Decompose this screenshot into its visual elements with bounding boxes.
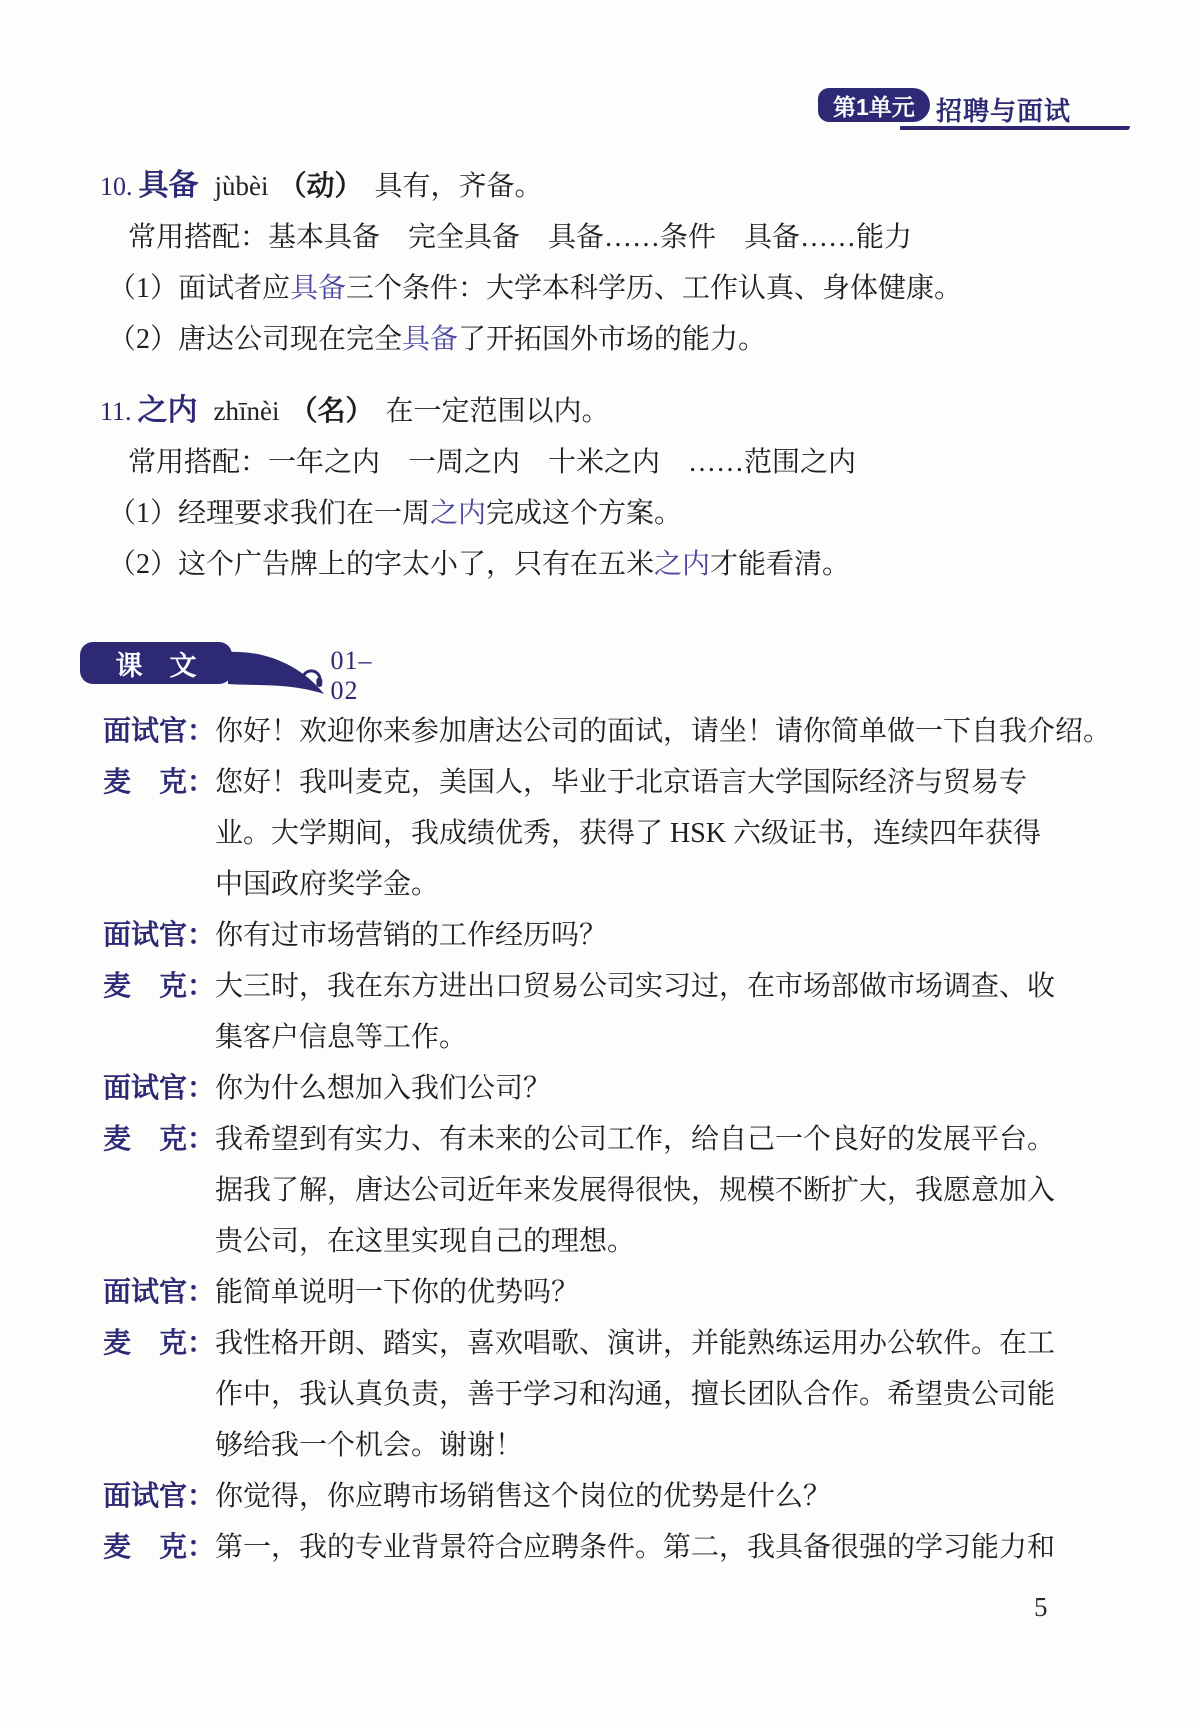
collocation-list: 基本具备 完全具备 具备……条件 具备……能力 [268, 222, 912, 253]
speech-line: 你有过市场营销的工作经历吗？ [215, 910, 1108, 961]
example-text: 三个条件：大学本科学历、工作认真、身体健康。 [346, 273, 962, 304]
collocation-line: 常用搭配：一年之内 一周之内 十米之内 ……范围之内 [100, 437, 1110, 488]
page-header: 第1单元 招聘与面试 [818, 88, 1138, 132]
speech-line: 第一，我的专业背景符合应聘条件。第二，我具备很强的学习能力和 [215, 1522, 1108, 1573]
speech-lines: 你觉得，你应聘市场销售这个岗位的优势是什么？ [215, 1471, 1108, 1522]
speaker-label: 面试官： [103, 706, 215, 757]
example-text: 完成这个方案。 [486, 498, 682, 529]
vocab-definition: 在一定范围以内。 [386, 396, 610, 427]
speech-lines: 大三时，我在东方进出口贸易公司实习过，在市场部做市场调查、收 集客户信息等工作。 [215, 961, 1108, 1063]
speech-lines: 我希望到有实力、有未来的公司工作，给自己一个良好的发展平台。 据我了解，唐达公司… [215, 1114, 1108, 1267]
audio-track-numbers: 01–02 [330, 646, 382, 706]
collocation-label: 常用搭配： [128, 447, 268, 478]
dialogue-turn: 面试官： 你好！欢迎你来参加唐达公司的面试，请坐！请你简单做一下自我介绍。 [103, 706, 1108, 757]
vocab-number: 11. [100, 397, 132, 426]
vocab-pinyin: jùbèi [215, 171, 269, 201]
example-highlight-word: 具备 [290, 273, 346, 304]
vocab-part-of-speech: （名） [290, 396, 374, 427]
example-sentence: （2）这个广告牌上的字太小了，只有在五米之内才能看清。 [100, 539, 1110, 590]
speech-line: 据我了解，唐达公司近年来发展得很快，规模不断扩大，我愿意加入 [215, 1165, 1108, 1216]
vocab-word: 之内 [138, 394, 198, 427]
speech-line: 够给我一个机会。谢谢！ [215, 1420, 1108, 1471]
speech-lines: 第一，我的专业背景符合应聘条件。第二，我具备很强的学习能力和 [215, 1522, 1108, 1573]
speech-lines: 你有过市场营销的工作经历吗？ [215, 910, 1108, 961]
speech-line: 我希望到有实力、有未来的公司工作，给自己一个良好的发展平台。 [215, 1114, 1108, 1165]
speech-line: 大三时，我在东方进出口贸易公司实习过，在市场部做市场调查、收 [215, 961, 1108, 1012]
vocab-part-of-speech: （动） [279, 171, 363, 202]
dialogue-turn: 面试官： 你觉得，你应聘市场销售这个岗位的优势是什么？ [103, 1471, 1108, 1522]
vocab-number: 10. [100, 172, 133, 201]
example-highlight-word: 之内 [654, 549, 710, 580]
speech-line: 集客户信息等工作。 [215, 1012, 1108, 1063]
example-number: （1） [108, 273, 178, 304]
vocab-pinyin: zhīnèi [214, 396, 280, 426]
example-text: 经理要求我们在一周 [178, 498, 430, 529]
vocabulary-section: 10.具备jùbèi（动）具有，齐备。 常用搭配：基本具备 完全具备 具备……条… [100, 160, 1110, 590]
speech-line: 我性格开朗、踏实，喜欢唱歌、演讲，并能熟练运用办公软件。在工 [215, 1318, 1108, 1369]
example-text: 才能看清。 [710, 549, 850, 580]
speaker-label: 面试官： [103, 1267, 215, 1318]
chapter-title: 招聘与面试 [936, 91, 1071, 128]
speech-line: 你觉得，你应聘市场销售这个岗位的优势是什么？ [215, 1471, 1108, 1522]
speaker-label: 面试官： [103, 1063, 215, 1114]
dialogue-section: 面试官： 你好！欢迎你来参加唐达公司的面试，请坐！请你简单做一下自我介绍。 麦 … [103, 706, 1108, 1573]
vocab-entry-line: 10.具备jùbèi（动）具有，齐备。 [100, 160, 1110, 212]
example-text: 这个广告牌上的字太小了，只有在五米 [178, 549, 654, 580]
speech-line: 中国政府奖学金。 [215, 859, 1108, 910]
example-number: （2） [108, 549, 178, 580]
speech-lines: 能简单说明一下你的优势吗？ [215, 1267, 1108, 1318]
textbook-page: 第1单元 招聘与面试 10.具备jùbèi（动）具有，齐备。 常用搭配：基本具备… [0, 0, 1200, 1723]
vocab-entry-line: 11.之内zhīnèi（名）在一定范围以内。 [100, 385, 1110, 437]
vocab-word: 具备 [139, 169, 199, 202]
speaker-label: 麦 克： [103, 1522, 215, 1573]
example-text: 了开拓国外市场的能力。 [458, 324, 766, 355]
vocab-item-zhinei: 11.之内zhīnèi（名）在一定范围以内。 常用搭配：一年之内 一周之内 十米… [100, 385, 1110, 590]
collocation-list: 一年之内 一周之内 十米之内 ……范围之内 [268, 447, 856, 478]
speech-line: 贵公司，在这里实现自己的理想。 [215, 1216, 1108, 1267]
example-highlight-word: 具备 [402, 324, 458, 355]
example-sentence: （1）面试者应具备三个条件：大学本科学历、工作认真、身体健康。 [100, 263, 1110, 314]
chapter-underline-decoration [900, 126, 1130, 130]
dialogue-turn: 面试官： 你为什么想加入我们公司？ [103, 1063, 1108, 1114]
page-number: 5 [1034, 1592, 1048, 1623]
speech-line: 能简单说明一下你的优势吗？ [215, 1267, 1108, 1318]
dialogue-turn: 麦 克： 您好！我叫麦克，美国人，毕业于北京语言大学国际经济与贸易专 业。大学期… [103, 757, 1108, 910]
dialogue-turn: 面试官： 你有过市场营销的工作经历吗？ [103, 910, 1108, 961]
example-sentence: （2）唐达公司现在完全具备了开拓国外市场的能力。 [100, 314, 1110, 365]
speech-line: 作中，我认真负责，善于学习和沟通，擅长团队合作。希望贵公司能 [215, 1369, 1108, 1420]
speaker-label: 麦 克： [103, 1114, 215, 1267]
dialogue-turn: 麦 克： 第一，我的专业背景符合应聘条件。第二，我具备很强的学习能力和 [103, 1522, 1108, 1573]
speech-lines: 我性格开朗、踏实，喜欢唱歌、演讲，并能熟练运用办公软件。在工 作中，我认真负责，… [215, 1318, 1108, 1471]
lesson-badge-label: 课 文 [116, 644, 197, 683]
dialogue-turn: 麦 克： 我希望到有实力、有未来的公司工作，给自己一个良好的发展平台。 据我了解… [103, 1114, 1108, 1267]
vocab-item-jubei: 10.具备jùbèi（动）具有，齐备。 常用搭配：基本具备 完全具备 具备……条… [100, 160, 1110, 365]
speaker-label: 面试官： [103, 1471, 215, 1522]
speaker-label: 麦 克： [103, 961, 215, 1063]
example-number: （1） [108, 498, 178, 529]
speaker-label: 面试官： [103, 910, 215, 961]
example-sentence: （1）经理要求我们在一周之内完成这个方案。 [100, 488, 1110, 539]
example-text: 面试者应 [178, 273, 290, 304]
dialogue-turn: 麦 克： 我性格开朗、踏实，喜欢唱歌、演讲，并能熟练运用办公软件。在工 作中，我… [103, 1318, 1108, 1471]
speaker-label: 麦 克： [103, 1318, 215, 1471]
lesson-text-badge: 课 文 [80, 642, 232, 684]
speech-line: 你为什么想加入我们公司？ [215, 1063, 1108, 1114]
speech-lines: 你为什么想加入我们公司？ [215, 1063, 1108, 1114]
speech-line: 业。大学期间，我成绩优秀，获得了 HSK 六级证书，连续四年获得 [215, 808, 1108, 859]
dialogue-turn: 面试官： 能简单说明一下你的优势吗？ [103, 1267, 1108, 1318]
example-text: 唐达公司现在完全 [178, 324, 402, 355]
example-number: （2） [108, 324, 178, 355]
headphones-icon [298, 657, 324, 695]
speech-lines: 您好！我叫麦克，美国人，毕业于北京语言大学国际经济与贸易专 业。大学期间，我成绩… [215, 757, 1108, 910]
audio-track-group: 01–02 [298, 646, 382, 706]
speech-line: 你好！欢迎你来参加唐达公司的面试，请坐！请你简单做一下自我介绍。 [215, 706, 1111, 757]
speech-lines: 你好！欢迎你来参加唐达公司的面试，请坐！请你简单做一下自我介绍。 [215, 706, 1111, 757]
vocab-definition: 具有，齐备。 [375, 171, 543, 202]
unit-badge: 第1单元 [818, 88, 930, 122]
example-highlight-word: 之内 [430, 498, 486, 529]
speech-line: 您好！我叫麦克，美国人，毕业于北京语言大学国际经济与贸易专 [215, 757, 1108, 808]
collocation-label: 常用搭配： [128, 222, 268, 253]
dialogue-turn: 麦 克： 大三时，我在东方进出口贸易公司实习过，在市场部做市场调查、收 集客户信… [103, 961, 1108, 1063]
collocation-line: 常用搭配：基本具备 完全具备 具备……条件 具备……能力 [100, 212, 1110, 263]
speaker-label: 麦 克： [103, 757, 215, 910]
